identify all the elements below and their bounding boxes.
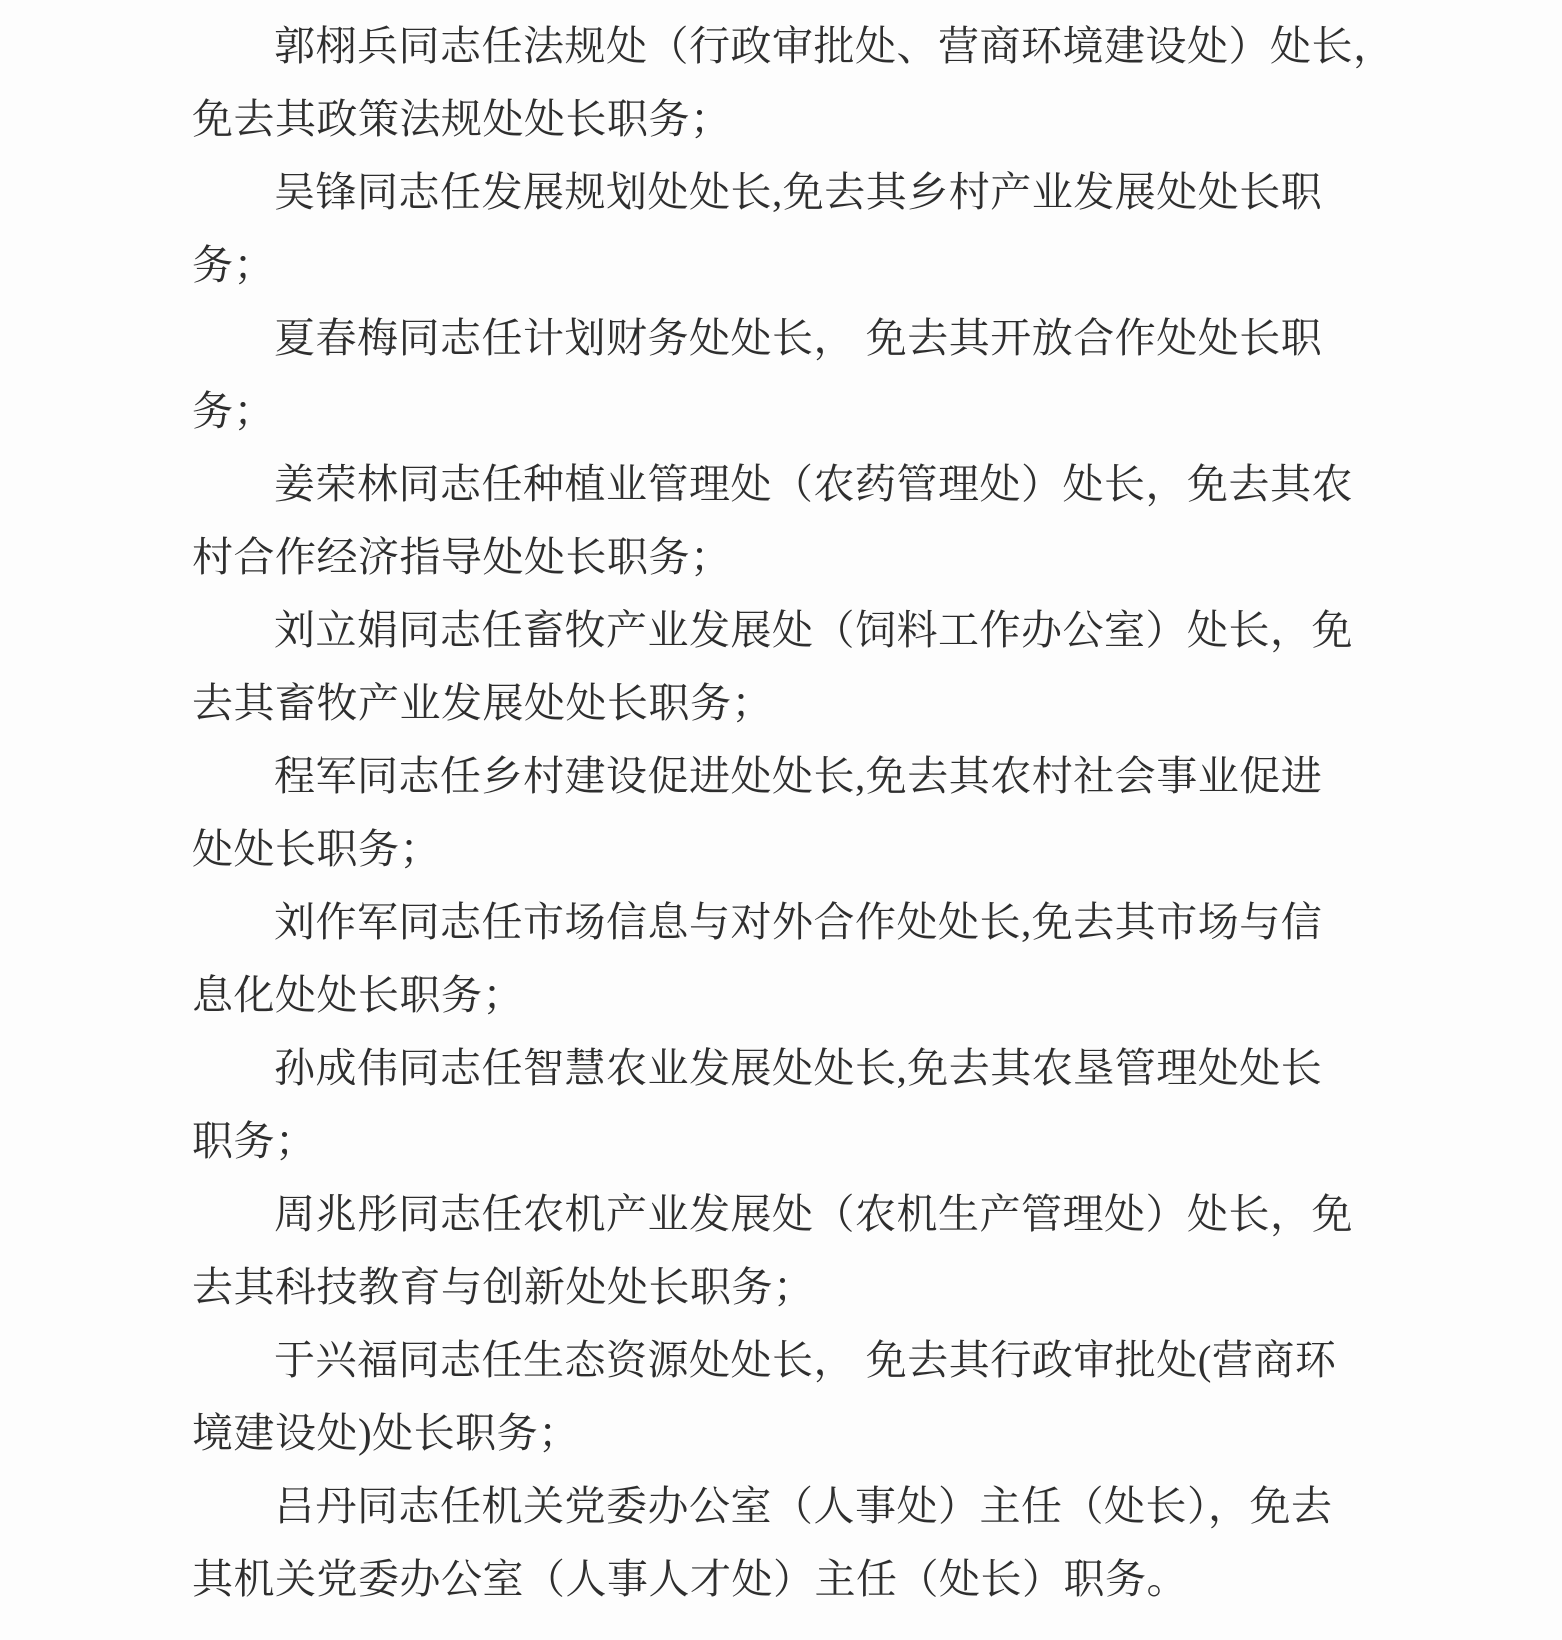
document-page: 郭栩兵同志任法规处（行政审批处、营商环境建设处）处长，免去其政策法规处处长职务；…: [0, 0, 1562, 1640]
text-line: 于兴福同志任生态资源处处长， 免去其行政审批处(营商环: [192, 1324, 1384, 1397]
text-line: 郭栩兵同志任法规处（行政审批处、营商环境建设处）处长，: [192, 10, 1384, 83]
text-line: 周兆彤同志任农机产业发展处（农机生产管理处）处长，免: [192, 1178, 1384, 1251]
text-line: 孙成伟同志任智慧农业发展处处长,免去其农垦管理处处长: [192, 1032, 1384, 1105]
paragraph: 刘立娟同志任畜牧产业发展处（饲料工作办公室）处长，免去其畜牧产业发展处处长职务；: [192, 594, 1384, 740]
text-line: 吕丹同志任机关党委办公室（人事处）主任（处长），免去: [192, 1470, 1384, 1543]
text-line: 吴锋同志任发展规划处处长,免去其乡村产业发展处处长职: [192, 156, 1384, 229]
text-line: 去其科技教育与创新处处长职务；: [192, 1251, 1384, 1324]
document-body: 郭栩兵同志任法规处（行政审批处、营商环境建设处）处长，免去其政策法规处处长职务；…: [192, 10, 1384, 1616]
text-line: 姜荣林同志任种植业管理处（农药管理处）处长，免去其农: [192, 448, 1384, 521]
text-line: 刘作军同志任市场信息与对外合作处处长,免去其市场与信: [192, 886, 1384, 959]
text-line: 境建设处)处长职务；: [192, 1397, 1384, 1470]
paragraph: 刘作军同志任市场信息与对外合作处处长,免去其市场与信息化处处长职务；: [192, 886, 1384, 1032]
paragraph: 于兴福同志任生态资源处处长， 免去其行政审批处(营商环境建设处)处长职务；: [192, 1324, 1384, 1470]
text-line: 夏春梅同志任计划财务处处长， 免去其开放合作处处长职: [192, 302, 1384, 375]
paragraph: 周兆彤同志任农机产业发展处（农机生产管理处）处长，免去其科技教育与创新处处长职务…: [192, 1178, 1384, 1324]
text-line: 程军同志任乡村建设促进处处长,免去其农村社会事业促进: [192, 740, 1384, 813]
text-line: 务；: [192, 229, 1384, 302]
text-line: 刘立娟同志任畜牧产业发展处（饲料工作办公室）处长，免: [192, 594, 1384, 667]
paragraph: 吴锋同志任发展规划处处长,免去其乡村产业发展处处长职务；: [192, 156, 1384, 302]
text-line: 去其畜牧产业发展处处长职务；: [192, 667, 1384, 740]
text-line: 处处长职务；: [192, 813, 1384, 886]
text-line: 其机关党委办公室（人事人才处）主任（处长）职务。: [192, 1543, 1384, 1616]
paragraph: 程军同志任乡村建设促进处处长,免去其农村社会事业促进处处长职务；: [192, 740, 1384, 886]
paragraph: 吕丹同志任机关党委办公室（人事处）主任（处长），免去其机关党委办公室（人事人才处…: [192, 1470, 1384, 1616]
text-line: 职务；: [192, 1105, 1384, 1178]
paragraph: 孙成伟同志任智慧农业发展处处长,免去其农垦管理处处长职务；: [192, 1032, 1384, 1178]
text-line: 免去其政策法规处处长职务；: [192, 83, 1384, 156]
text-line: 息化处处长职务；: [192, 959, 1384, 1032]
paragraph: 夏春梅同志任计划财务处处长， 免去其开放合作处处长职务；: [192, 302, 1384, 448]
paragraph: 姜荣林同志任种植业管理处（农药管理处）处长，免去其农村合作经济指导处处长职务；: [192, 448, 1384, 594]
text-line: 务；: [192, 375, 1384, 448]
paragraph: 郭栩兵同志任法规处（行政审批处、营商环境建设处）处长，免去其政策法规处处长职务；: [192, 10, 1384, 156]
text-line: 村合作经济指导处处长职务；: [192, 521, 1384, 594]
